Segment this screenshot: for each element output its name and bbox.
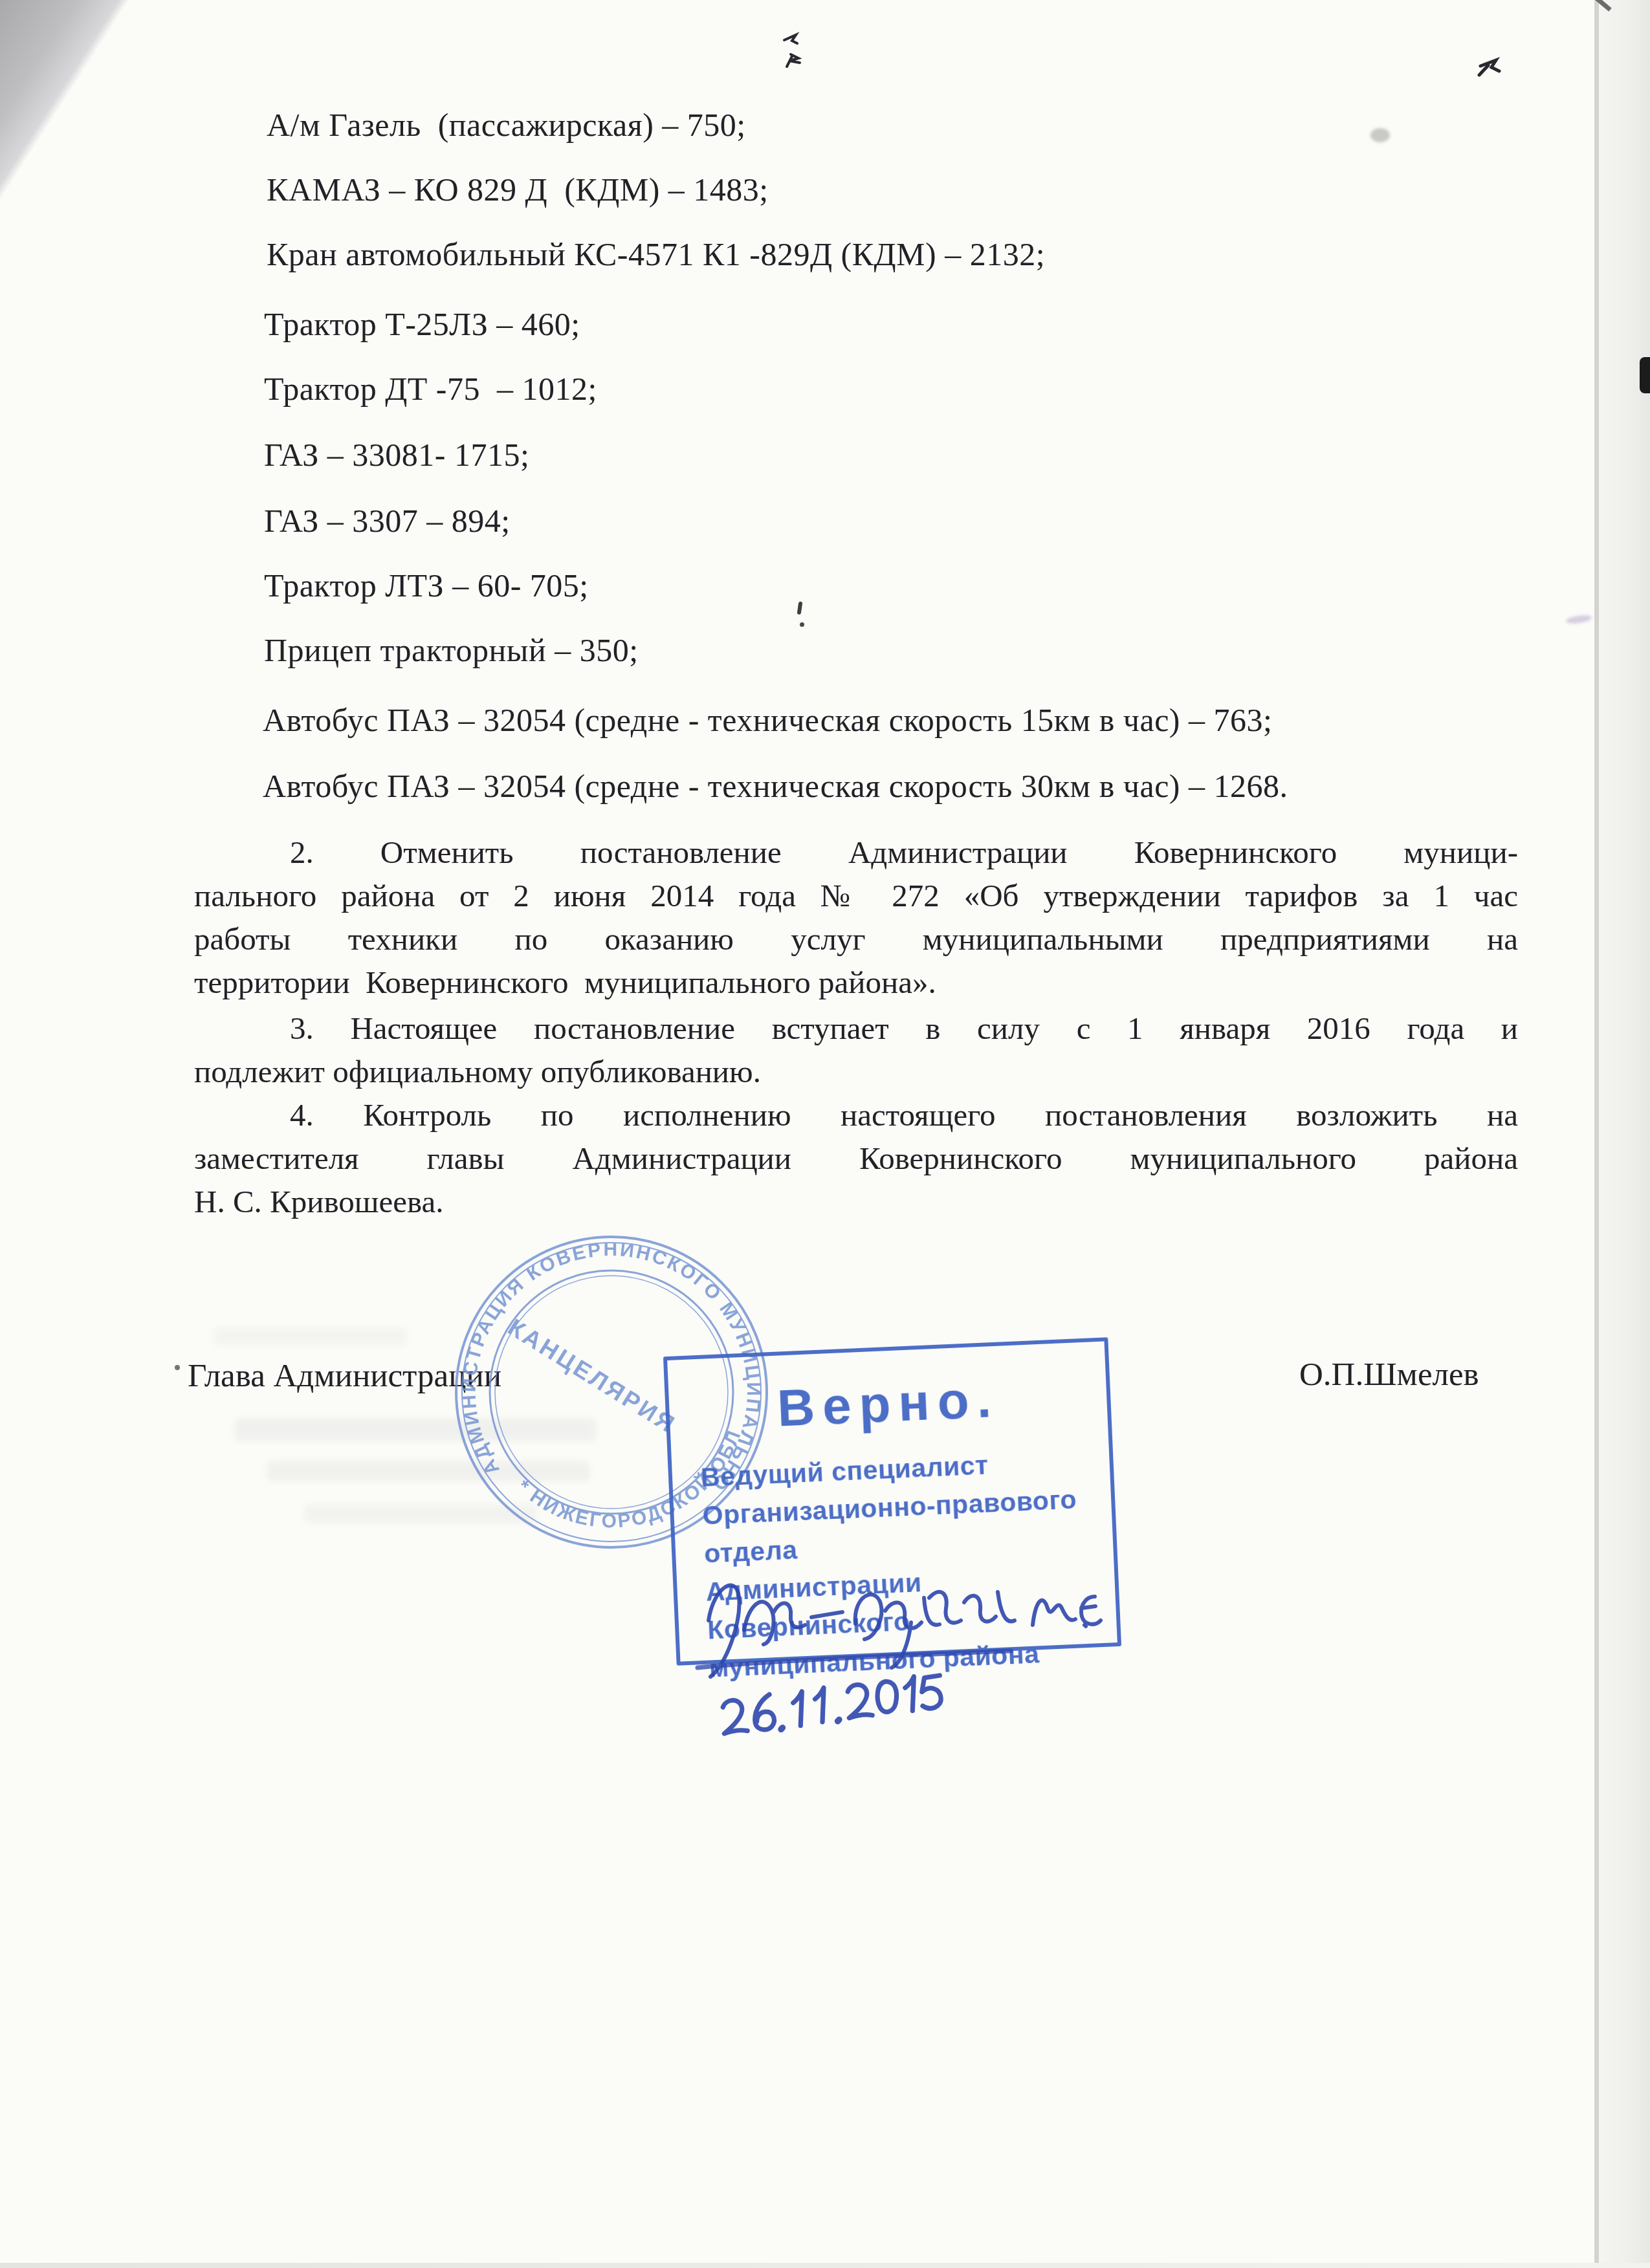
scan-dot xyxy=(800,622,804,627)
signer-name: О.П.Шмелев xyxy=(1299,1357,1479,1392)
paragraph-line: 4. Контроль по исполнению настоящего пос… xyxy=(194,1093,1518,1137)
scan-page-edge-line xyxy=(1594,0,1599,2268)
signer-title: Глава Администрации xyxy=(188,1358,501,1393)
certification-stamp-title: Верно. xyxy=(668,1364,1108,1443)
tariff-line: Прицеп тракторный – 350; xyxy=(264,633,639,668)
paragraph-2: 2. Отменить постановление Администрации … xyxy=(194,831,1518,1004)
scan-smudge xyxy=(1565,614,1592,624)
scan-tick xyxy=(797,602,803,615)
tariff-line: КАМАЗ – КО 829 Д (КДМ) – 1483; xyxy=(267,172,769,207)
tariff-line: Трактор ДТ -75 – 1012; xyxy=(264,371,597,406)
scan-corner-fold xyxy=(0,0,129,201)
scan-speck xyxy=(1370,128,1390,142)
scan-ink-blob xyxy=(1640,357,1650,393)
paragraph-line: территории Ковернинского муниципального … xyxy=(194,961,1518,1004)
paragraph-3: 3. Настоящее постановление вступает в си… xyxy=(194,1007,1518,1093)
scan-bottom-edge xyxy=(0,2263,1650,2268)
tariff-line: Трактор Т-25ЛЗ – 460; xyxy=(264,307,580,342)
tariff-line: Трактор ЛТЗ – 60- 705; xyxy=(264,568,589,603)
bleedthrough-ghost xyxy=(234,1418,597,1441)
scan-speck-marks xyxy=(784,35,1499,75)
paragraph-line: работы техники по оказанию услуг муницип… xyxy=(194,917,1518,961)
paragraph-line: 3. Настоящее постановление вступает в си… xyxy=(194,1007,1518,1050)
scan-dot xyxy=(175,1365,180,1370)
paragraph-line: пального района от 2 июня 2014 года № 27… xyxy=(194,874,1518,917)
bleedthrough-ghost xyxy=(214,1327,408,1346)
paragraph-line: 2. Отменить постановление Администрации … xyxy=(194,831,1518,874)
scan-edge-notch xyxy=(1594,0,1611,12)
tariff-line: А/м Газель (пассажирская) – 750; xyxy=(267,107,746,142)
paragraph-line: заместителя главы Администрации Ковернин… xyxy=(194,1137,1518,1180)
paragraph-line: Н. С. Кривошеева. xyxy=(194,1180,1518,1223)
tariff-line: ГАЗ – 3307 – 894; xyxy=(264,503,511,538)
bleedthrough-ghost xyxy=(304,1504,537,1523)
scanned-document-page: А/м Газель (пассажирская) – 750; КАМАЗ –… xyxy=(0,0,1650,2268)
tariff-line: Автобус ПАЗ – 32054 (средне - техническа… xyxy=(263,703,1272,737)
tariff-line: Автобус ПАЗ – 32054 (средне - техническа… xyxy=(263,769,1288,803)
paragraph-line: подлежит официальному опубликованию. xyxy=(194,1050,1518,1093)
tariff-line: Кран автомобильный КС-4571 К1 -829Д (КДМ… xyxy=(267,237,1045,272)
scan-right-margin-shade xyxy=(1596,0,1650,2268)
paragraph-4: 4. Контроль по исполнению настоящего пос… xyxy=(194,1093,1518,1223)
certification-stamp: Верно. Ведущий специалист Организационно… xyxy=(663,1337,1121,1666)
round-stamp-center-text: КАНЦЕЛЯРИЯ xyxy=(503,1314,681,1439)
bleedthrough-ghost xyxy=(267,1461,590,1481)
tariff-line: ГАЗ – 33081- 1715; xyxy=(264,437,529,472)
